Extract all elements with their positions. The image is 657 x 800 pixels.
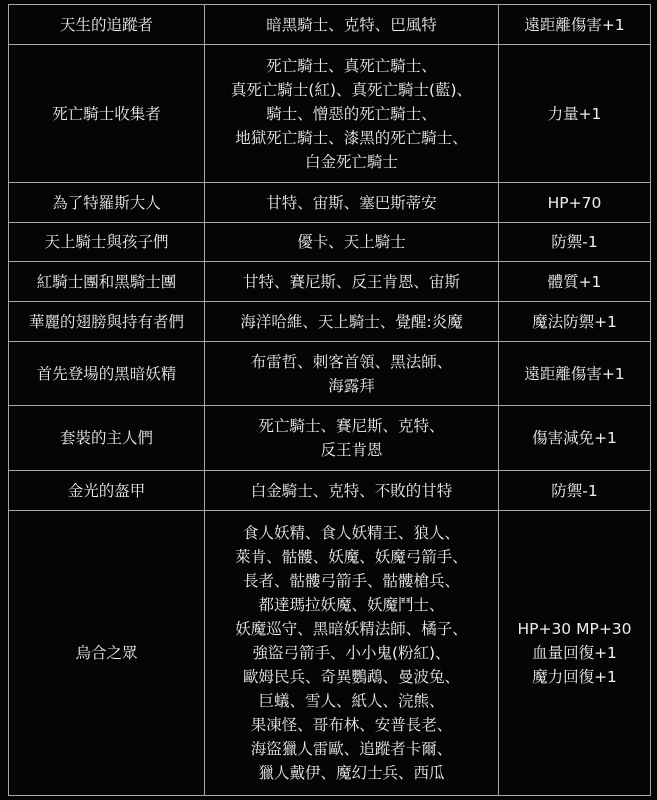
members-cell-line: 長者、骷髏弓箭手、骷髏槍兵、 — [209, 569, 494, 593]
bonus-cell-line: 血量回復+1 — [503, 641, 646, 665]
members-cell-line: 海盜獵人雷歐、追蹤者卡爾、 — [209, 737, 494, 761]
members-cell-line: 甘特、賽尼斯、反王肯恩、宙斯 — [209, 270, 494, 294]
members-cell-line: 萊肯、骷髏、妖魔、妖魔弓箭手、 — [209, 545, 494, 569]
members-cell-line: 白金死亡騎士 — [209, 150, 494, 174]
set-name-cell: 套裝的主人們 — [9, 406, 205, 471]
members-cell: 死亡騎士、真死亡騎士、真死亡騎士(紅)、真死亡騎士(藍)、騎士、憎惡的死亡騎士、… — [205, 45, 499, 183]
set-name-cell: 為了特羅斯大人 — [9, 183, 205, 223]
bonus-cell-line: 防禦-1 — [503, 230, 646, 254]
members-cell-line: 騎士、憎惡的死亡騎士、 — [209, 102, 494, 126]
members-cell-line: 都達瑪拉妖魔、妖魔鬥士、 — [209, 593, 494, 617]
bonus-cell-line: 防禦-1 — [503, 479, 646, 503]
members-cell: 食人妖精、食人妖精王、狼人、萊肯、骷髏、妖魔、妖魔弓箭手、長者、骷髏弓箭手、骷髏… — [205, 511, 499, 796]
table-row: 天生的追蹤者暗黑騎士、克特、巴風特遠距離傷害+1 — [9, 5, 651, 45]
table-row: 死亡騎士收集者死亡騎士、真死亡騎士、真死亡騎士(紅)、真死亡騎士(藍)、騎士、憎… — [9, 45, 651, 183]
bonus-cell: HP+30 MP+30血量回復+1魔力回復+1 — [499, 511, 651, 796]
bonus-cell-line: 遠距離傷害+1 — [503, 13, 646, 37]
members-cell-line: 優卡、天上騎士 — [209, 230, 494, 254]
bonus-cell: HP+70 — [499, 183, 651, 223]
bonus-cell-line: HP+30 MP+30 — [503, 617, 646, 641]
members-cell-line: 歐姆民兵、奇異鸚鵡、曼波兔、 — [209, 665, 494, 689]
table-row: 套裝的主人們死亡騎士、賽尼斯、克特、反王肯恩傷害減免+1 — [9, 406, 651, 471]
members-cell: 甘特、賽尼斯、反王肯恩、宙斯 — [205, 262, 499, 302]
bonus-cell: 力量+1 — [499, 45, 651, 183]
set-name-cell: 紅騎士團和黑騎士團 — [9, 262, 205, 302]
set-bonus-table: 天生的追蹤者暗黑騎士、克特、巴風特遠距離傷害+1死亡騎士收集者死亡騎士、真死亡騎… — [8, 4, 651, 796]
members-cell: 甘特、宙斯、塞巴斯蒂安 — [205, 183, 499, 223]
members-cell: 暗黑騎士、克特、巴風特 — [205, 5, 499, 45]
bonus-cell: 防禦-1 — [499, 471, 651, 511]
table-row: 華麗的翅膀與持有者們海洋哈維、天上騎士、覺醒:炎魔魔法防禦+1 — [9, 302, 651, 342]
set-name-cell: 金光的盔甲 — [9, 471, 205, 511]
members-cell-line: 布雷哲、刺客首領、黑法師、 — [209, 350, 494, 374]
bonus-cell-line: 傷害減免+1 — [503, 426, 646, 450]
bonus-cell: 遠距離傷害+1 — [499, 342, 651, 406]
set-name-cell: 死亡騎士收集者 — [9, 45, 205, 183]
members-cell-line: 獵人戴伊、魔幻士兵、西瓜 — [209, 761, 494, 785]
members-cell: 白金騎士、克特、不敗的甘特 — [205, 471, 499, 511]
table-row: 烏合之眾食人妖精、食人妖精王、狼人、萊肯、骷髏、妖魔、妖魔弓箭手、長者、骷髏弓箭… — [9, 511, 651, 796]
members-cell-line: 真死亡騎士(紅)、真死亡騎士(藍)、 — [209, 78, 494, 102]
bonus-cell-line: HP+70 — [503, 191, 646, 215]
bonus-cell-line: 力量+1 — [503, 102, 646, 126]
members-cell-line: 妖魔巡守、黑暗妖精法師、橘子、 — [209, 617, 494, 641]
members-cell: 優卡、天上騎士 — [205, 223, 499, 262]
set-name-cell: 烏合之眾 — [9, 511, 205, 796]
set-name-cell: 天上騎士與孩子們 — [9, 223, 205, 262]
set-name-cell: 首先登場的黑暗妖精 — [9, 342, 205, 406]
members-cell-line: 白金騎士、克特、不敗的甘特 — [209, 479, 494, 503]
set-name-cell: 華麗的翅膀與持有者們 — [9, 302, 205, 342]
bonus-cell: 傷害減免+1 — [499, 406, 651, 471]
table-row: 為了特羅斯大人甘特、宙斯、塞巴斯蒂安HP+70 — [9, 183, 651, 223]
members-cell-line: 海洋哈維、天上騎士、覺醒:炎魔 — [209, 310, 494, 334]
members-cell-line: 食人妖精、食人妖精王、狼人、 — [209, 521, 494, 545]
members-cell: 死亡騎士、賽尼斯、克特、反王肯恩 — [205, 406, 499, 471]
members-cell: 海洋哈維、天上騎士、覺醒:炎魔 — [205, 302, 499, 342]
members-cell-line: 反王肯恩 — [209, 438, 494, 462]
members-cell-line: 巨蟻、雪人、紙人、浣熊、 — [209, 689, 494, 713]
members-cell-line: 海露拜 — [209, 374, 494, 398]
table-row: 紅騎士團和黑騎士團甘特、賽尼斯、反王肯恩、宙斯體質+1 — [9, 262, 651, 302]
table-row: 天上騎士與孩子們優卡、天上騎士防禦-1 — [9, 223, 651, 262]
members-cell-line: 死亡騎士、賽尼斯、克特、 — [209, 414, 494, 438]
members-cell-line: 甘特、宙斯、塞巴斯蒂安 — [209, 191, 494, 215]
members-cell-line: 死亡騎士、真死亡騎士、 — [209, 54, 494, 78]
members-cell-line: 地獄死亡騎士、漆黑的死亡騎士、 — [209, 126, 494, 150]
members-cell-line: 果凍怪、哥布林、安普長老、 — [209, 713, 494, 737]
bonus-cell: 防禦-1 — [499, 223, 651, 262]
members-cell: 布雷哲、刺客首領、黑法師、海露拜 — [205, 342, 499, 406]
bonus-cell-line: 體質+1 — [503, 270, 646, 294]
table-row: 首先登場的黑暗妖精布雷哲、刺客首領、黑法師、海露拜遠距離傷害+1 — [9, 342, 651, 406]
bonus-cell: 魔法防禦+1 — [499, 302, 651, 342]
bonus-cell: 遠距離傷害+1 — [499, 5, 651, 45]
members-cell-line: 強盜弓箭手、小小鬼(粉紅)、 — [209, 641, 494, 665]
bonus-cell: 體質+1 — [499, 262, 651, 302]
bonus-cell-line: 魔力回復+1 — [503, 665, 646, 689]
table-row: 金光的盔甲白金騎士、克特、不敗的甘特防禦-1 — [9, 471, 651, 511]
set-name-cell: 天生的追蹤者 — [9, 5, 205, 45]
members-cell-line: 暗黑騎士、克特、巴風特 — [209, 13, 494, 37]
bonus-cell-line: 遠距離傷害+1 — [503, 362, 646, 386]
bonus-cell-line: 魔法防禦+1 — [503, 310, 646, 334]
